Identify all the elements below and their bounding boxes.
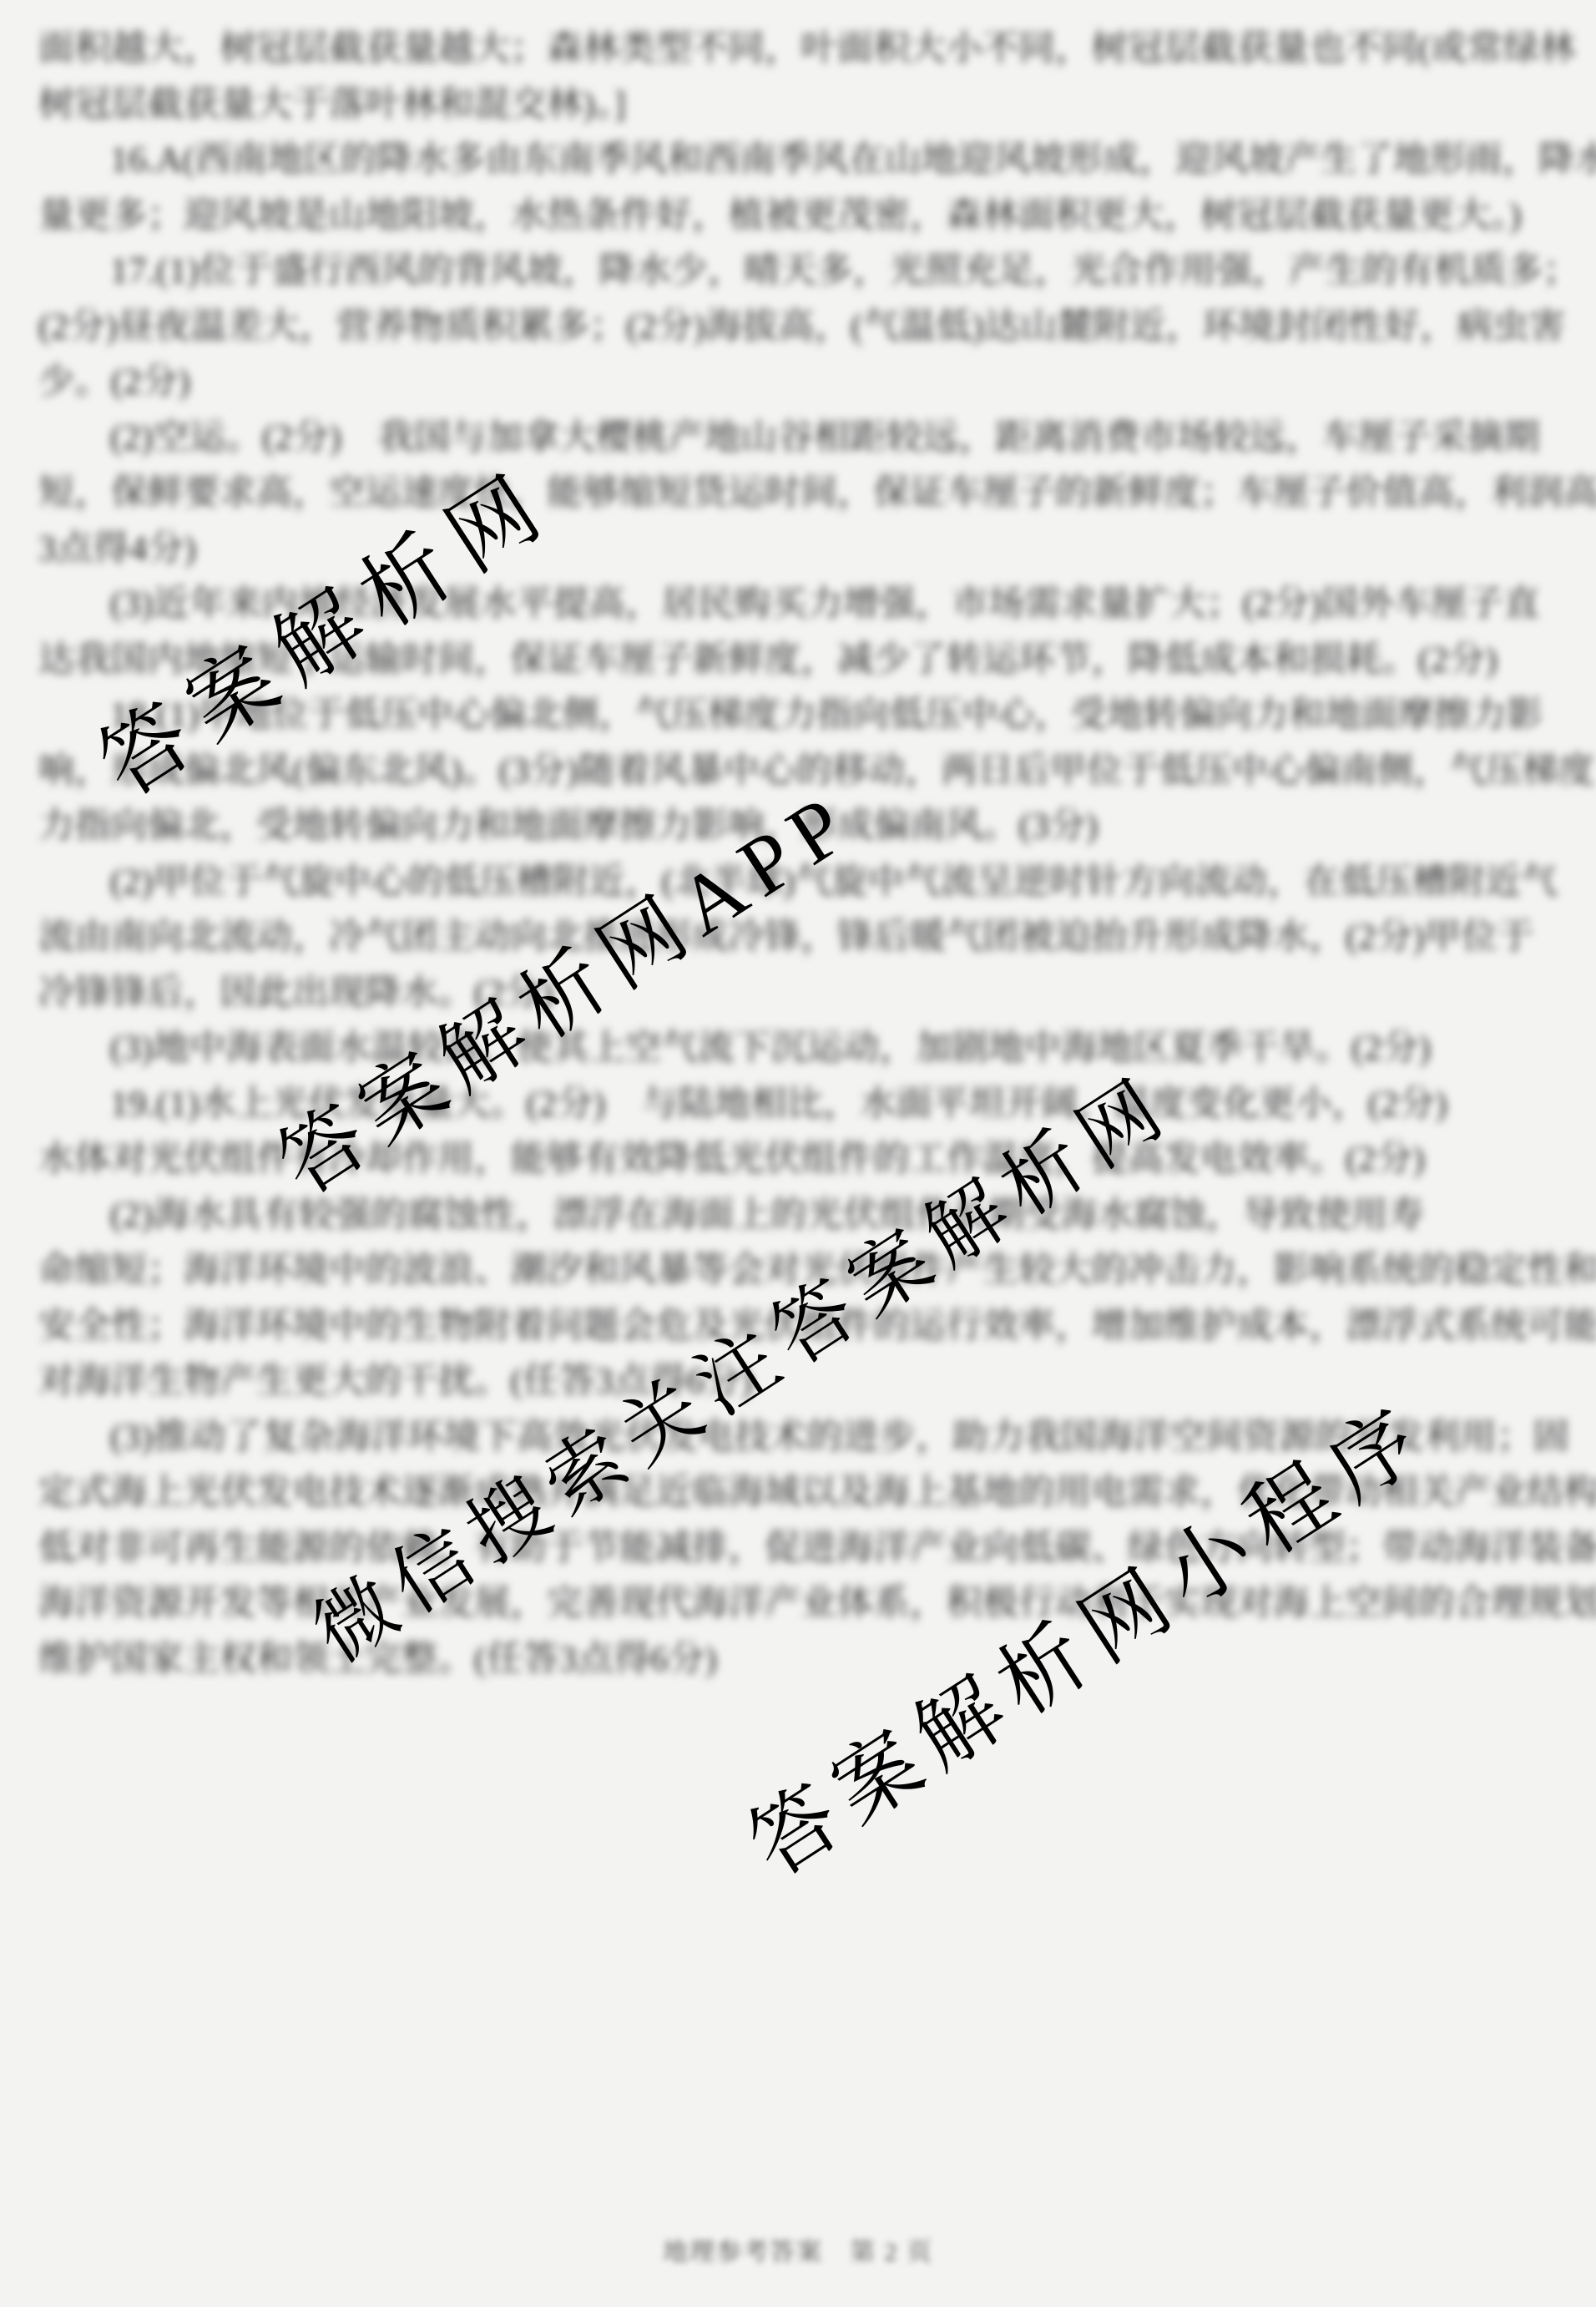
text-line: 对海洋生物产生更大的干扰。(任答3点得6分) — [38, 1354, 1559, 1410]
text-line: 流由南向北流动，冷气团主动向北推进形成冷锋，锋后暖气团被迫抬升形成降水，(2分)… — [38, 910, 1559, 966]
text-line: (3)推动了复杂海洋环境下高效光伏发电技术的进步，助力我国海洋空间资源的开发利用… — [38, 1410, 1559, 1466]
text-line: (2)甲位于气旋中心的低压槽附近，(北半球)气旋中气流呈逆时针方向流动，在低压槽… — [38, 855, 1559, 911]
answer-body: 面积越大，树冠层截获量越大；森林类型不同，叶面积大小不同，树冠层截获量也不同(或… — [38, 22, 1559, 1687]
text-line: 17.(1)位于盛行西风的背风坡，降水少，晴天多，光照充足，光合作用强，产生的有… — [38, 244, 1559, 300]
text-line: 冷锋锋后，因此出现降水。(2分) — [38, 966, 1559, 1022]
text-line: 力指向偏北，受地转偏向力和地面摩擦力影响，形成偏南风。(3分) — [38, 799, 1559, 855]
text-line: 19.(1)水上光伏发电量大。(2分) 与陆地相比，水面平坦开阔，温度变化更小，… — [38, 1077, 1559, 1133]
text-line: 树冠层截获量大于落叶林和混交林)。] — [38, 78, 1559, 134]
text-line: 量更多；迎风坡是山地阳坡，水热条件好，植被更茂密，森林面积更大，树冠层截获量更大… — [38, 189, 1559, 245]
text-line: 响，形成偏北风(偏东北风)。(3分)随着风暴中心的移动，两日后甲位于低压中心偏南… — [38, 744, 1559, 800]
text-line: 18.(1)甲地位于低压中心偏北侧，气压梯度力指向低压中心，受地转偏向力和地面摩… — [38, 688, 1559, 744]
text-line: 定式海上光伏发电技术逐渐成熟并满足近临海域以及海上基地的用电需求，优化带动相关产… — [38, 1465, 1559, 1521]
text-line: (2)海水具有较强的腐蚀性，漂浮在海面上的光伏组件长期受海水腐蚀，导致使用寿 — [38, 1188, 1559, 1244]
text-line: 海洋资源开发等相关产业发展，完善现代海洋产业体系，积极行动利于实现对海上空间的合… — [38, 1576, 1559, 1632]
text-line: 安全性；海洋环境中的生物附着问题会危及光伏组件的运行效率，增加维护成本，漂浮式系… — [38, 1299, 1559, 1355]
scanned-answer-page: 面积越大，树冠层截获量越大；森林类型不同，叶面积大小不同，树冠层截获量也不同(或… — [0, 0, 1596, 2307]
text-line: 低对非可再生能源的依赖，有助于节能减排，促进海洋产业向低碳、绿色方向转型；带动海… — [38, 1521, 1559, 1577]
text-line: (2分)昼夜温差大，营养物质积累多；(2分)海拔高，(气温低)达山麓附近，环境封… — [38, 300, 1559, 356]
text-line: 维护国家主权和领土完整。(任答3点得6分) — [38, 1632, 1559, 1688]
text-line: (2)空运。(2分) 我国与加拿大樱桃产地山谷相距较远，距离消费市场较远，车厘子… — [38, 411, 1559, 467]
text-line: 少。(2分) — [38, 355, 1559, 411]
text-line: (3)近年来内地经济发展水平提高，居民购买力增强，市场需求量扩大；(2分)国外车… — [38, 577, 1559, 633]
page-footer: 地理参考答案 第 2 页 — [0, 2231, 1596, 2268]
text-line: 命缩短；海洋环境中的波浪、潮汐和风暴等会对光伏组件产生较大的冲击力，影响系统的稳… — [38, 1243, 1559, 1299]
text-line: 16.A(西南地区的降水多由东南季风和西南季风在山地迎风坡形成，迎风坡产生了地形… — [38, 133, 1559, 189]
text-line: 达我国内地缩短了运输时间，保证车厘子新鲜度，减少了转运环节，降低成本和损耗。(2… — [38, 633, 1559, 689]
text-line: 3点得4分) — [38, 522, 1559, 578]
text-line: 面积越大，树冠层截获量越大；森林类型不同，叶面积大小不同，树冠层截获量也不同(或… — [38, 22, 1559, 78]
text-line: (3)地中海表面水温较高，使其上空气流下沉运动，加剧地中海地区夏季干旱。(2分) — [38, 1021, 1559, 1077]
text-line: 水体对光伏组件有冷却作用，能够有效降低光伏组件的工作温度，提高发电效率。(2分) — [38, 1132, 1559, 1188]
text-line: 短，保鲜要求高，空运速度快，能够缩短货运时间，保证车厘子的新鲜度；车厘子价值高，… — [38, 466, 1559, 522]
